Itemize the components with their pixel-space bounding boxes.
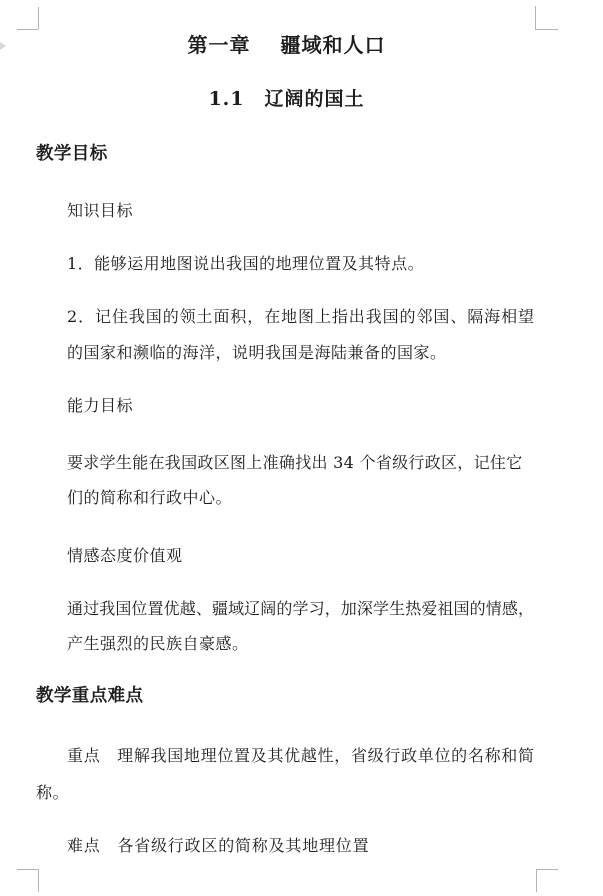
knowledge-item-2-line-1: 2．记住我国的领土面积，在地图上指出我国的邻国、隔海相望 bbox=[67, 309, 534, 325]
key-point-line-2: 称。 bbox=[36, 785, 69, 801]
knowledge-subheading: 知识目标 bbox=[67, 203, 133, 219]
section-number: 1.1 bbox=[208, 90, 244, 109]
knowledge-item-2-line-2: 的国家和濒临的海洋，说明我国是海陆兼备的国家。 bbox=[67, 345, 447, 361]
knowledge-item-1: 1．能够运用地图说出我国的地理位置及其特点。 bbox=[67, 256, 424, 272]
emotion-subheading: 情感态度价值观 bbox=[67, 548, 183, 564]
ability-line-2: 们的简称和行政中心。 bbox=[67, 490, 232, 506]
key-point-line-1: 重点 理解我国地理位置及其优越性，省级行政单位的名称和简 bbox=[67, 748, 534, 764]
focus-heading: 教学重点难点 bbox=[36, 688, 143, 706]
crop-mark-line bbox=[535, 6, 536, 29]
document-page: 第一章 疆域和人口 1.1 辽阔的国土 教学目标 知识目标 1．能够运用地图说出… bbox=[0, 0, 603, 896]
crop-mark-line bbox=[17, 869, 38, 870]
crop-mark-line bbox=[17, 29, 38, 30]
chapter-number: 第一章 bbox=[188, 35, 251, 55]
difficult-point-line: 难点 各省级行政区的简称及其地理位置 bbox=[67, 838, 369, 854]
emotion-line-1: 通过我国位置优越、疆域辽阔的学习，加深学生热爱祖国的情感， bbox=[67, 601, 534, 617]
chapter-heading: 第一章 疆域和人口 bbox=[38, 35, 543, 55]
chapter-title: 疆域和人口 bbox=[281, 35, 386, 55]
section-title: 辽阔的国土 bbox=[265, 90, 365, 109]
emotion-line-2: 产生强烈的民族自豪感。 bbox=[67, 636, 249, 652]
ability-line-1: 要求学生能在我国政区图上准确找出 34 个省级行政区，记住它 bbox=[67, 455, 523, 471]
crop-mark-line bbox=[38, 869, 39, 892]
stray-cursor-mark bbox=[0, 42, 6, 50]
objectives-heading: 教学目标 bbox=[36, 146, 108, 164]
crop-mark-line bbox=[535, 29, 558, 30]
crop-mark-line bbox=[38, 7, 39, 29]
crop-mark-line bbox=[536, 869, 558, 870]
crop-mark-line bbox=[536, 869, 537, 892]
ability-subheading: 能力目标 bbox=[67, 398, 133, 414]
section-heading: 1.1 辽阔的国土 bbox=[38, 90, 569, 109]
